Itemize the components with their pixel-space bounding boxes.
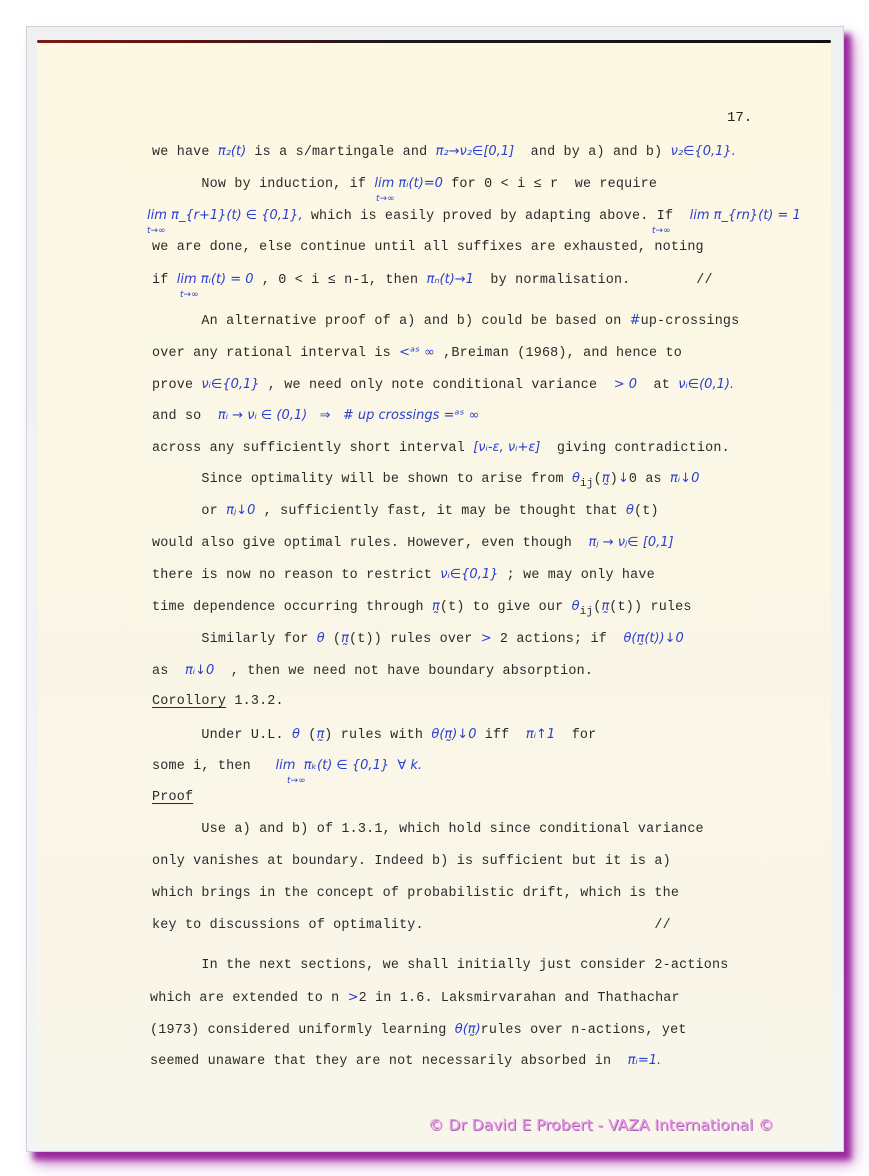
typed-text: ) rules with bbox=[324, 728, 431, 743]
text-line: and so πᵢ → νᵢ ∈ (0,1) ⇒ # up crossings … bbox=[152, 408, 479, 424]
text-line: over any rational interval is <ᵃˢ ∞ ,Bre… bbox=[152, 345, 682, 361]
section-heading: Proof bbox=[152, 790, 193, 805]
text-line: lim π_{r+1}(t) ∈ {0,1}, which is easily … bbox=[147, 208, 801, 224]
handwritten-annotation: νᵢ∈(0,1). bbox=[678, 377, 734, 392]
typed-text: Similarly for bbox=[152, 632, 317, 647]
typed-text: over any rational interval is bbox=[152, 346, 399, 361]
text-line: In the next sections, we shall initially… bbox=[152, 958, 729, 973]
text-line: An alternative proof of a) and b) could … bbox=[152, 313, 739, 329]
typed-text: Since optimality will be shown to arise … bbox=[152, 472, 572, 487]
typed-text: An alternative proof of a) and b) could … bbox=[152, 314, 630, 329]
typed-text: across any sufficiently short interval bbox=[152, 441, 473, 456]
handwritten-annotation: π̰ bbox=[432, 599, 440, 614]
typed-text: seemed unaware that they are not necessa… bbox=[150, 1054, 628, 1069]
handwritten-annotation: > bbox=[481, 631, 492, 646]
handwritten-annotation: θ bbox=[572, 471, 580, 486]
typed-text: ,Breiman (1968), and hence to bbox=[435, 346, 682, 361]
typed-text: , we need only note conditional variance bbox=[260, 378, 614, 393]
handwritten-annotation: π₂(t) bbox=[218, 144, 246, 159]
typed-text: prove bbox=[152, 378, 201, 393]
handwritten-annotation: θ bbox=[572, 599, 580, 614]
typed-text: which brings in the concept of probabili… bbox=[152, 886, 679, 901]
handwritten-annotation: πᵢ=1. bbox=[628, 1053, 661, 1068]
handwritten-annotation: θ(π̰(t))↓0 bbox=[623, 631, 683, 646]
typed-text: as bbox=[152, 664, 185, 679]
text-line: or πⱼ↓0 , sufficiently fast, it may be t… bbox=[152, 503, 659, 519]
text-line: Corollory 1.3.2. bbox=[152, 694, 284, 709]
typed-text: (1973) considered uniformly learning bbox=[150, 1023, 455, 1038]
text-line: Under U.L. θ (π̰) rules with θ(π̰)↓0 iff… bbox=[152, 727, 596, 743]
typed-text: and by a) and b) bbox=[514, 145, 670, 160]
text-line: across any sufficiently short interval [… bbox=[152, 440, 730, 456]
handwritten-annotation: lim π_{r+1}(t) ∈ {0,1}, bbox=[147, 208, 303, 223]
handwritten-annotation: ↓ bbox=[618, 471, 629, 486]
handwritten-annotation: θ bbox=[317, 631, 325, 646]
typed-text: is a s/martingale and bbox=[246, 145, 435, 160]
typed-text: for 0 < i ≤ r we require bbox=[443, 177, 657, 192]
typed-text: 2 in 1.6. Laksmirvarahan and Thathachar bbox=[359, 991, 680, 1006]
text-line: prove νᵢ∈{0,1} , we need only note condi… bbox=[152, 377, 734, 393]
handwritten-annotation: # bbox=[630, 313, 641, 328]
typed-text: ; we may only have bbox=[498, 568, 654, 583]
typed-text: time dependence occurring through bbox=[152, 600, 432, 615]
text-line: Now by induction, if lim πᵢ(t)=0 for 0 <… bbox=[152, 176, 657, 192]
typed-text: which are extended to n bbox=[150, 991, 348, 1006]
typed-text: if bbox=[152, 273, 177, 288]
handwritten-annotation: π₂→ν₂∈[0,1] bbox=[436, 144, 515, 159]
typed-text: 1.3.2. bbox=[226, 694, 284, 709]
typed-text: would also give optimal rules. However, … bbox=[152, 536, 589, 551]
typed-text: only vanishes at boundary. Indeed b) is … bbox=[152, 854, 671, 869]
lim-subscript: t→∞ bbox=[376, 194, 395, 204]
typed-text: In the next sections, we shall initially… bbox=[152, 958, 729, 973]
text-line: time dependence occurring through π̰(t) … bbox=[152, 599, 692, 618]
text-line: only vanishes at boundary. Indeed b) is … bbox=[152, 854, 671, 869]
handwritten-annotation: πᵢ↑1 bbox=[526, 727, 555, 742]
typed-text: ( bbox=[325, 632, 341, 647]
subscript: ij bbox=[580, 478, 594, 490]
lim-subscript: t→∞ bbox=[652, 226, 671, 236]
typed-text: up-crossings bbox=[641, 314, 740, 329]
lim-subscript: t→∞ bbox=[147, 226, 166, 236]
handwritten-annotation: πᵢ → νᵢ ∈ (0,1) ⇒ # up crossings =ᵃˢ ∞ bbox=[218, 408, 479, 423]
handwritten-annotation: lim πᵢ(t) = 0 bbox=[177, 272, 254, 287]
typed-text: some i, then bbox=[152, 759, 276, 774]
handwritten-annotation: πᵢ↓0 bbox=[185, 663, 214, 678]
typed-text: and so bbox=[152, 409, 218, 424]
typed-text: rules over n-actions, yet bbox=[481, 1023, 687, 1038]
typed-text: there is now no reason to restrict bbox=[152, 568, 440, 583]
typed-text: ) bbox=[610, 472, 618, 487]
text-line: would also give optimal rules. However, … bbox=[152, 535, 674, 551]
typed-text: ( bbox=[594, 472, 602, 487]
lim-subscript: t→∞ bbox=[180, 290, 199, 300]
page-top-edge bbox=[37, 40, 831, 43]
text-line: Similarly for θ (π̰(t)) rules over > 2 a… bbox=[152, 631, 684, 647]
typed-text: for bbox=[555, 728, 596, 743]
typed-text: by normalisation. // bbox=[474, 273, 713, 288]
text-line: which are extended to n >2 in 1.6. Laksm… bbox=[150, 990, 680, 1006]
handwritten-annotation: π̰ bbox=[341, 631, 349, 646]
handwritten-annotation: πₙ(t)→1 bbox=[427, 272, 474, 287]
text-line: there is now no reason to restrict νᵢ∈{0… bbox=[152, 567, 655, 583]
handwritten-annotation: [νᵢ-ε, νᵢ+ε] bbox=[473, 440, 540, 455]
typed-text: , then we need not have boundary absorpt… bbox=[214, 664, 593, 679]
typed-text: which is easily proved by adapting above… bbox=[303, 209, 690, 224]
typed-text: Now by induction, if bbox=[152, 177, 374, 192]
handwritten-annotation: θ(π̰) bbox=[455, 1022, 481, 1037]
typed-text: we are done, else continue until all suf… bbox=[152, 240, 704, 255]
handwritten-annotation: π̰ bbox=[602, 471, 610, 486]
typed-text: (t)) rules bbox=[609, 600, 691, 615]
text-line: if lim πᵢ(t) = 0 , 0 < i ≤ n-1, then πₙ(… bbox=[152, 272, 713, 288]
handwritten-annotation: νᵢ∈{0,1} bbox=[201, 377, 259, 392]
typed-text: (t) bbox=[634, 504, 659, 519]
typed-text: we have bbox=[152, 145, 218, 160]
handwritten-annotation: θ(π̰)↓0 bbox=[431, 727, 476, 742]
text-line: we are done, else continue until all suf… bbox=[152, 240, 704, 255]
text-line: seemed unaware that they are not necessa… bbox=[150, 1053, 661, 1069]
typed-text: (t) to give our bbox=[440, 600, 572, 615]
typed-text: Use a) and b) of 1.3.1, which hold since… bbox=[152, 822, 704, 837]
typed-text: iff bbox=[476, 728, 525, 743]
handwritten-annotation: <ᵃˢ ∞ bbox=[399, 345, 435, 360]
section-heading: Corollory bbox=[152, 694, 226, 709]
handwritten-annotation: νᵢ∈{0,1} bbox=[440, 567, 498, 582]
typewritten-page bbox=[37, 41, 831, 1146]
handwritten-annotation: lim πₖ(t) ∈ {0,1} ∀ k. bbox=[276, 758, 423, 773]
text-line: which brings in the concept of probabili… bbox=[152, 886, 679, 901]
text-line: key to discussions of optimality. // bbox=[152, 918, 671, 933]
typed-text: ( bbox=[300, 728, 316, 743]
typed-text: giving contradiction. bbox=[540, 441, 729, 456]
handwritten-annotation: πⱼ → νⱼ∈ [0,1] bbox=[589, 535, 674, 550]
typed-text: or bbox=[152, 504, 226, 519]
text-line: some i, then lim πₖ(t) ∈ {0,1} ∀ k. bbox=[152, 758, 422, 774]
subscript: ij bbox=[580, 606, 594, 618]
typed-text: Under U.L. bbox=[152, 728, 292, 743]
text-line: Since optimality will be shown to arise … bbox=[152, 471, 699, 490]
handwritten-annotation: ν₂∈{0,1}. bbox=[671, 144, 736, 159]
text-line: Use a) and b) of 1.3.1, which hold since… bbox=[152, 822, 704, 837]
handwritten-annotation: πᵢ↓0 bbox=[670, 471, 699, 486]
page-number: 17. bbox=[727, 110, 752, 126]
handwritten-annotation: πⱼ↓0 bbox=[226, 503, 255, 518]
text-line: (1973) considered uniformly learning θ(π… bbox=[150, 1022, 687, 1038]
typed-text: at bbox=[637, 378, 678, 393]
copyright-watermark: © Dr David E Probert - VAZA Internationa… bbox=[428, 1116, 774, 1134]
typed-text: key to discussions of optimality. // bbox=[152, 918, 671, 933]
handwritten-annotation: lim πᵢ(t)=0 bbox=[374, 176, 443, 191]
handwritten-annotation: > 0 bbox=[614, 377, 637, 392]
handwritten-annotation: θ bbox=[626, 503, 634, 518]
text-line: Proof bbox=[152, 790, 193, 805]
typed-text: (t)) rules over bbox=[349, 632, 481, 647]
typed-text: 2 actions; if bbox=[492, 632, 624, 647]
text-line: we have π₂(t) is a s/martingale and π₂→ν… bbox=[152, 144, 736, 160]
handwritten-annotation: > bbox=[348, 990, 359, 1005]
typed-text: , sufficiently fast, it may be thought t… bbox=[255, 504, 626, 519]
typed-text: 0 as bbox=[629, 472, 670, 487]
typed-text: , 0 < i ≤ n-1, then bbox=[254, 273, 427, 288]
text-line: as πᵢ↓0 , then we need not have boundary… bbox=[152, 663, 593, 679]
handwritten-annotation: θ bbox=[292, 727, 300, 742]
lim-subscript: t→∞ bbox=[287, 776, 306, 786]
handwritten-annotation: lim π_{rn}(t) = 1 bbox=[690, 208, 801, 223]
